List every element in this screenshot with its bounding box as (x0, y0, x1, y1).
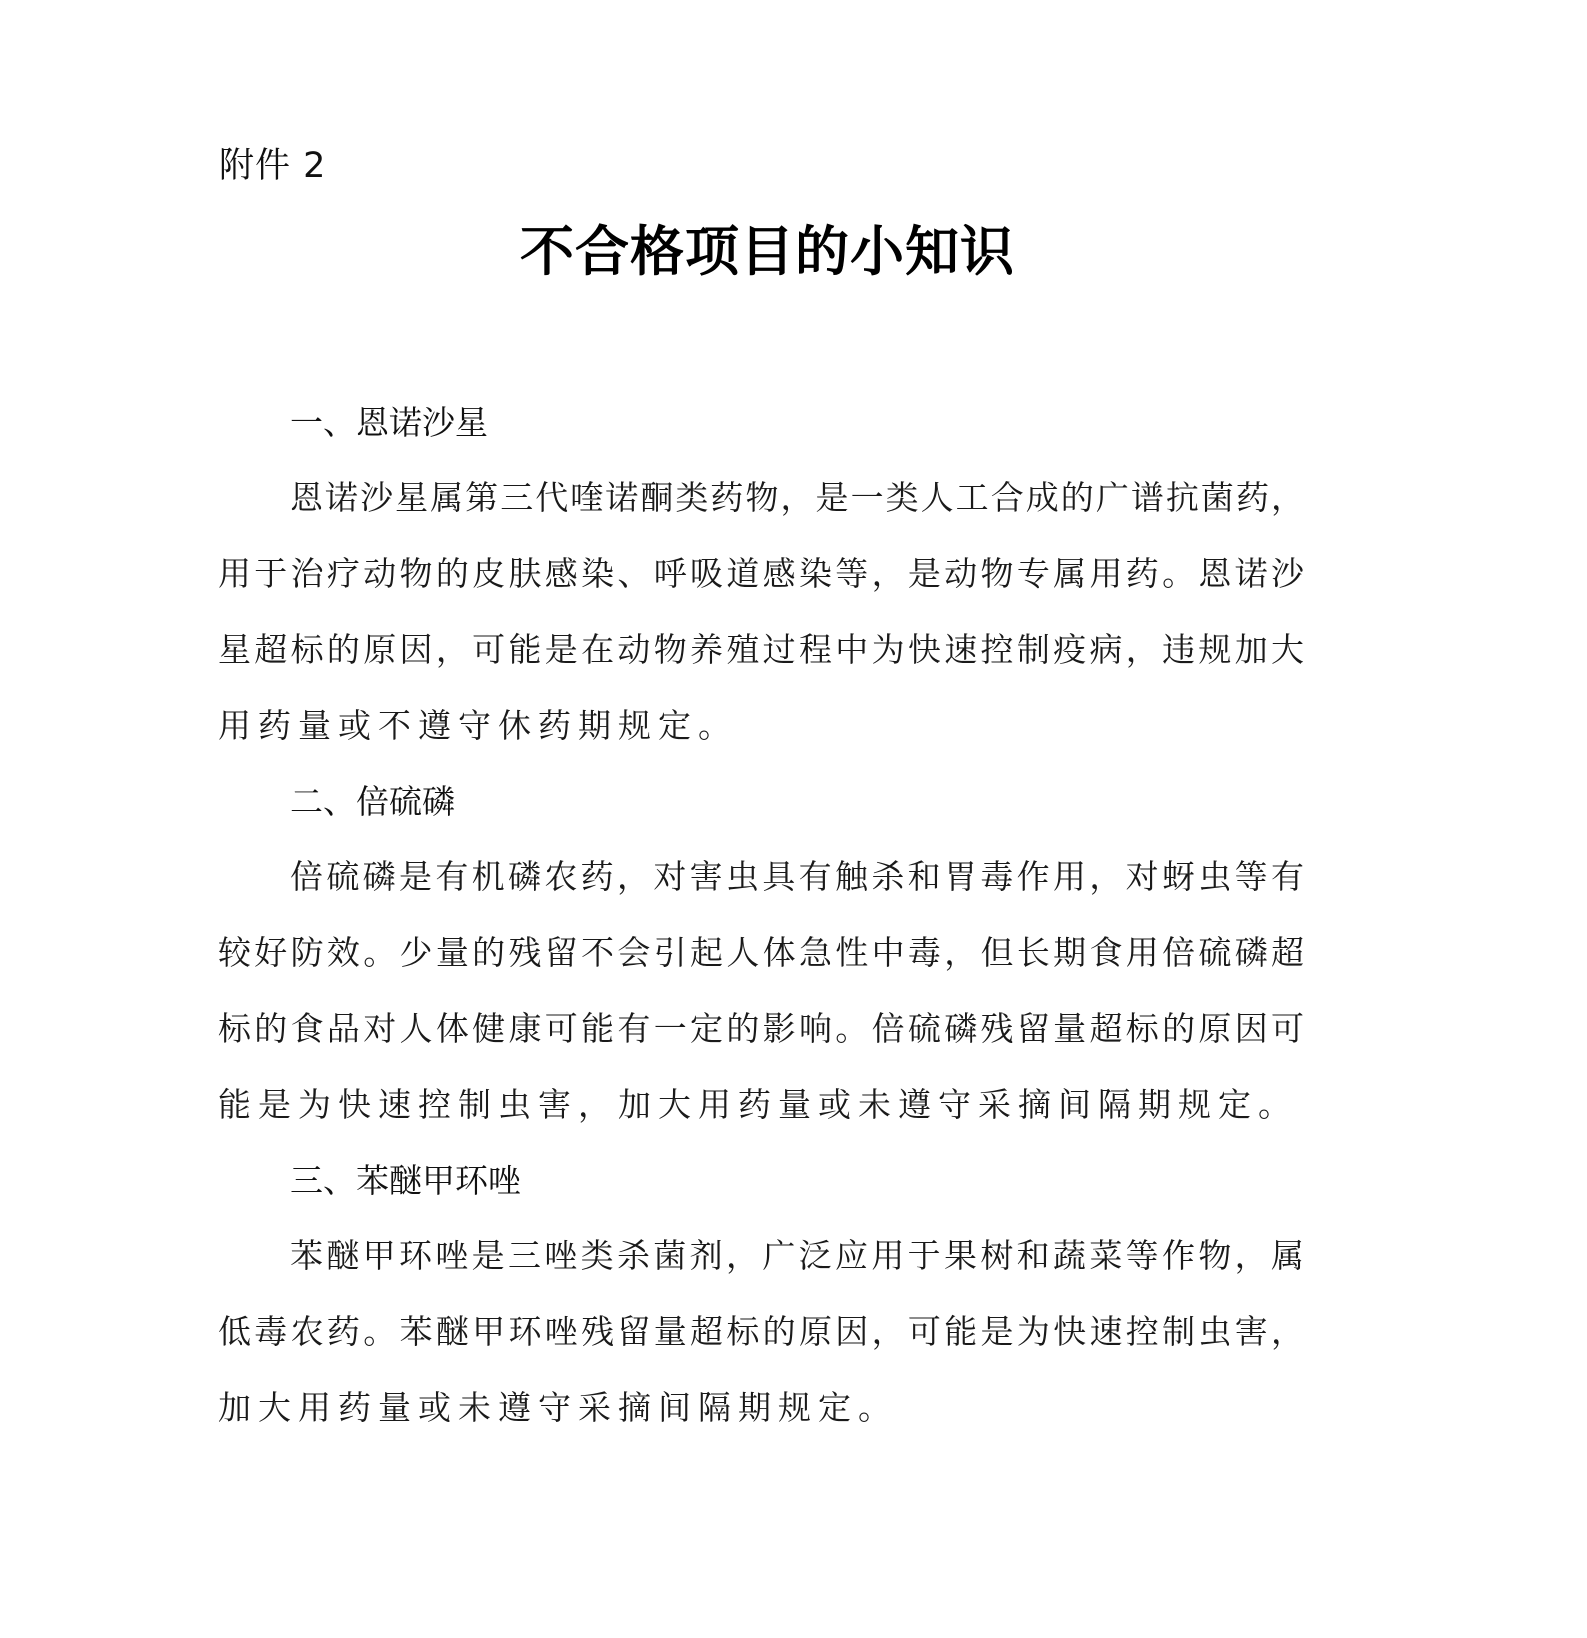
paragraph-line: 星超标的原因，可能是在动物养殖过程中为快速控制疫病，违规加大 (218, 630, 1304, 670)
paragraph-line: 较好防效。少量的残留不会引起人体急性中毒，但长期食用倍硫磷超 (218, 933, 1304, 973)
document-title: 不合格项目的小知识 (520, 221, 1020, 281)
paragraph-line: 能是为快速控制虫害，加大用药量或未遵守采摘间隔期规定。 (218, 1085, 1304, 1125)
section-heading-fenthion: 二、倍硫磷 (290, 782, 455, 822)
paragraph-line: 用于治疗动物的皮肤感染、呼吸道感染等，是动物专属用药。恩诺沙 (218, 554, 1304, 594)
paragraph-line: 倍硫磷是有机磷农药，对害虫具有触杀和胃毒作用，对蚜虫等有 (290, 857, 1304, 897)
document-page: 附件 2 不合格项目的小知识 一、恩诺沙星 恩诺沙星属第三代喹诺酮类药物，是一类… (0, 0, 1587, 1638)
paragraph-line: 低毒农药。苯醚甲环唑残留量超标的原因，可能是为快速控制虫害， (218, 1312, 1304, 1352)
section-heading-difenoconazole: 三、苯醚甲环唑 (290, 1161, 521, 1201)
section-heading-enrofloxacin: 一、恩诺沙星 (290, 403, 488, 443)
paragraph-line: 标的食品对人体健康可能有一定的影响。倍硫磷残留量超标的原因可 (218, 1009, 1304, 1049)
paragraph-line: 苯醚甲环唑是三唑类杀菌剂，广泛应用于果树和蔬菜等作物，属 (290, 1236, 1304, 1276)
paragraph-line: 加大用药量或未遵守采摘间隔期规定。 (218, 1388, 1304, 1428)
paragraph-line: 用药量或不遵守休药期规定。 (218, 706, 1304, 746)
paragraph-line: 恩诺沙星属第三代喹诺酮类药物，是一类人工合成的广谱抗菌药， (290, 478, 1304, 518)
attachment-label: 附件 2 (219, 146, 326, 186)
